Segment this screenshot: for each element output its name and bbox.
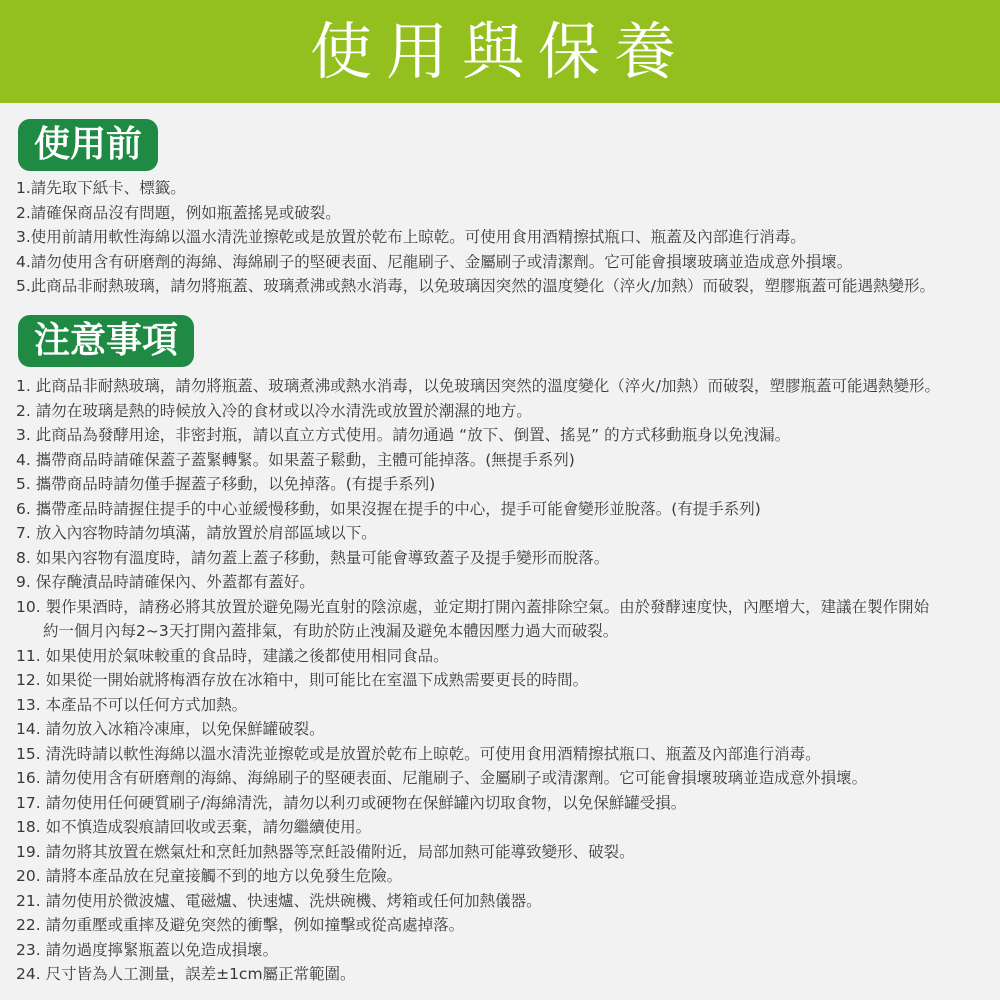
before-use-list: 1.請先取下紙卡、標籤。 2.請確保商品沒有問題，例如瓶蓋搖晃或破裂。 3.使用… <box>16 176 935 299</box>
section-badge-before-use: 使用前 <box>18 119 158 171</box>
list-item: 10. 製作果酒時，請務必將其放置於避免陽光直射的陰涼處，並定期打開內蓋排除空氣… <box>16 595 940 644</box>
list-item: 15. 清洗時請以軟性海綿以溫水清洗並擦乾或是放置於乾布上晾乾。可使用食用酒精擦… <box>16 742 940 767</box>
list-item: 9. 保存醃漬品時請確保內、外蓋都有蓋好。 <box>16 570 940 595</box>
page-title: 使用與保養 <box>310 21 690 83</box>
list-item: 3. 此商品為發酵用途，非密封瓶，請以直立方式使用。請勿通過 “放下、倒置、搖晃… <box>16 423 940 448</box>
list-item: 2. 請勿在玻璃是熱的時候放入冷的食材或以冷水清洗或放置於潮濕的地方。 <box>16 399 940 424</box>
title-banner: 使用與保養 <box>0 0 1000 103</box>
list-item: 1.請先取下紙卡、標籤。 <box>16 176 935 201</box>
list-item: 12. 如果從一開始就將梅酒存放在冰箱中，則可能比在室溫下成熟需要更長的時間。 <box>16 668 940 693</box>
section-badge-precautions: 注意事項 <box>18 315 194 367</box>
list-item: 21. 請勿使用於微波爐、電磁爐、快速爐、洗烘碗機、烤箱或任何加熱儀器。 <box>16 889 940 914</box>
precautions-list: 1. 此商品非耐熱玻璃，請勿將瓶蓋、玻璃煮沸或熱水消毒，以免玻璃因突然的溫度變化… <box>16 374 940 987</box>
list-item: 17. 請勿使用任何硬質刷子/海綿清洗，請勿以利刃或硬物在保鮮罐內切取食物，以免… <box>16 791 940 816</box>
list-item: 4.請勿使用含有研磨劑的海綿、海綿刷子的堅硬表面、尼龍刷子、金屬刷子或清潔劑。它… <box>16 250 935 275</box>
list-item: 20. 請將本產品放在兒童接觸不到的地方以免發生危險。 <box>16 864 940 889</box>
list-item: 6. 攜帶產品時請握住提手的中心並緩慢移動，如果沒握在提手的中心，提手可能會變形… <box>16 497 940 522</box>
list-item: 2.請確保商品沒有問題，例如瓶蓋搖晃或破裂。 <box>16 201 935 226</box>
list-item: 5.此商品非耐熱玻璃，請勿將瓶蓋、玻璃煮沸或熱水消毒，以免玻璃因突然的溫度變化（… <box>16 274 935 299</box>
list-item: 24. 尺寸皆為人工測量，誤差±1cm屬正常範圍。 <box>16 962 940 987</box>
list-item: 11. 如果使用於氣味較重的食品時，建議之後都使用相同食品。 <box>16 644 940 669</box>
list-item: 16. 請勿使用含有研磨劑的海綿、海綿刷子的堅硬表面、尼龍刷子、金屬刷子或清潔劑… <box>16 766 940 791</box>
list-item: 4. 攜帶商品時請確保蓋子蓋緊轉緊。如果蓋子鬆動，主體可能掉落。(無提手系列) <box>16 448 940 473</box>
list-item: 14. 請勿放入冰箱冷凍庫，以免保鮮罐破裂。 <box>16 717 940 742</box>
list-item: 1. 此商品非耐熱玻璃，請勿將瓶蓋、玻璃煮沸或熱水消毒，以免玻璃因突然的溫度變化… <box>16 374 940 399</box>
list-item: 8. 如果內容物有溫度時，請勿蓋上蓋子移動，熱量可能會導致蓋子及提手變形而脫落。 <box>16 546 940 571</box>
list-item: 5. 攜帶商品時請勿僅手握蓋子移動，以免掉落。(有提手系列) <box>16 472 940 497</box>
list-item: 7. 放入內容物時請勿填滿，請放置於肩部區域以下。 <box>16 521 940 546</box>
list-item: 22. 請勿重壓或重摔及避免突然的衝擊，例如撞擊或從高處掉落。 <box>16 913 940 938</box>
list-item: 13. 本產品不可以任何方式加熱。 <box>16 693 940 718</box>
list-item: 19. 請勿將其放置在燃氣灶和烹飪加熱器等烹飪設備附近，局部加熱可能導致變形、破… <box>16 840 940 865</box>
list-item: 3.使用前請用軟性海綿以溫水清洗並擦乾或是放置於乾布上晾乾。可使用食用酒精擦拭瓶… <box>16 225 935 250</box>
list-item-text: 10. 製作果酒時，請務必將其放置於避免陽光直射的陰涼處，並定期打開內蓋排除空氣… <box>16 598 929 616</box>
list-item: 18. 如不慎造成裂痕請回收或丟棄，請勿繼續使用。 <box>16 815 940 840</box>
list-item-continuation: 約一個月內每2~3天打開內蓋排氣，有助於防止洩漏及避免本體因壓力過大而破裂。 <box>16 619 940 644</box>
list-item: 23. 請勿過度擰緊瓶蓋以免造成損壞。 <box>16 938 940 963</box>
